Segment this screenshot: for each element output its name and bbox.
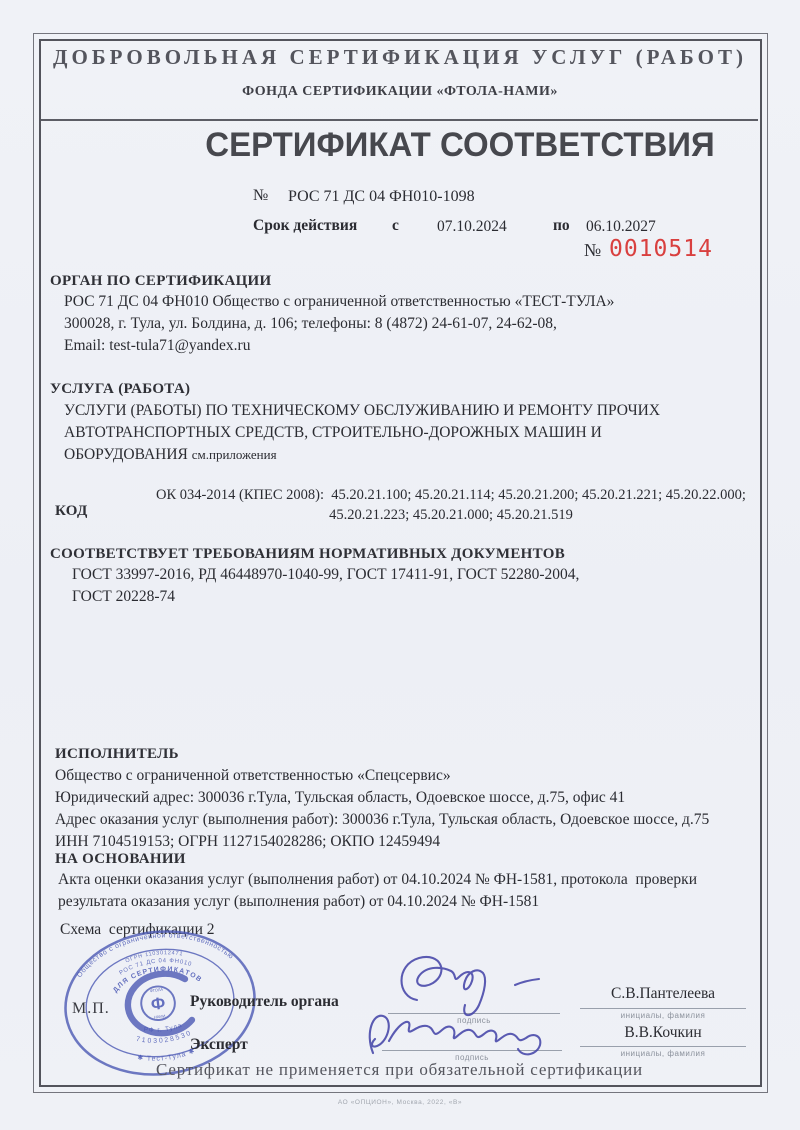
head-name-line	[580, 1008, 746, 1009]
blank-number-sign: №	[584, 240, 601, 261]
expert-label: Эксперт	[190, 1036, 248, 1054]
organ-line: РОС 71 ДС 04 ФН010 Общество с ограниченн…	[64, 291, 614, 313]
service-line: УСЛУГИ (РАБОТЫ) ПО ТЕХНИЧЕСКОМУ ОБСЛУЖИВ…	[64, 400, 660, 422]
certificate-title: СЕРТИФИКАТ СООТВЕТСТВИЯ	[159, 126, 760, 165]
code-line-1: ОК 034-2014 (КПЕС 2008): 45.20.21.100; 4…	[140, 487, 762, 504]
program-title: ДОБРОВОЛЬНАЯ СЕРТИФИКАЦИЯ УСЛУГ (РАБОТ)	[41, 45, 759, 70]
expert-name-caption: инициалы, фамилия	[580, 1049, 746, 1058]
validity-to-label: по	[553, 217, 570, 235]
service-line: ОБОРУДОВАНИЯ см.приложения	[64, 444, 660, 466]
head-name: С.В.Пантелеева	[582, 985, 744, 1003]
fund-subtitle: ФОНДА СЕРТИФИКАЦИИ «ФТОЛА-НАМИ»	[41, 84, 759, 100]
stamp-center-letter: Ф	[150, 993, 167, 1014]
expert-name-line	[580, 1046, 746, 1047]
standards-label: СООТВЕТСТВУЕТ ТРЕБОВАНИЯМ НОРМАТИВНЫХ ДО…	[50, 546, 565, 563]
blank-number-value: 0010514	[609, 236, 713, 262]
cert-number-sign: №	[253, 187, 268, 205]
head-of-body-label: Руководитель органа	[190, 993, 339, 1011]
basis-line: Акта оценки оказания услуг (выполнения р…	[58, 869, 697, 891]
organ-line: 300028, г. Тула, ул. Болдина, д. 106; те…	[64, 313, 614, 335]
standards-line: ГОСТ 33997-2016, РД 46448970-1040-99, ГО…	[72, 564, 579, 586]
validity-from-label: с	[392, 217, 399, 235]
validity-to-date: 06.10.2027	[586, 218, 656, 236]
code-line-2: 45.20.21.223; 45.20.21.000; 45.20.21.519	[140, 507, 762, 524]
executor-label: ИСПОЛНИТЕЛЬ	[55, 746, 179, 763]
basis-line: результата оказания услуг (выполнения ра…	[58, 891, 697, 913]
service-line: АВТОТРАНСПОРТНЫХ СРЕДСТВ, СТРОИТЕЛЬНО-ДО…	[64, 422, 660, 444]
executor-line: Общество с ограниченной ответственностью…	[55, 765, 709, 787]
service-note: см.приложения	[192, 447, 277, 462]
certificate-page: ДОБРОВОЛЬНАЯ СЕРТИФИКАЦИЯ УСЛУГ (РАБОТ) …	[0, 0, 800, 1130]
validity-from-date: 07.10.2024	[437, 218, 507, 236]
print-house-note: АО «ОПЦИОН», Москва, 2022, «В»	[0, 1099, 800, 1106]
cert-number-value: РОС 71 ДС 04 ФН010-1098	[288, 188, 475, 206]
organ-label: ОРГАН ПО СЕРТИФИКАЦИИ	[50, 273, 272, 290]
organ-line: Email: test-tula71@yandex.ru	[64, 335, 614, 357]
disclaimer-text: Сертификат не применяется при обязательн…	[41, 1060, 758, 1080]
service-line-text: ОБОРУДОВАНИЯ	[64, 446, 188, 463]
validity-label: Срок действия	[253, 217, 357, 235]
expert-name: В.В.Кочкин	[582, 1024, 744, 1042]
standards-line: ГОСТ 20228-74	[72, 586, 579, 608]
expert-signature-icon	[370, 1016, 541, 1055]
service-label: УСЛУГА (РАБОТА)	[50, 381, 190, 398]
head-signature-dash	[515, 979, 539, 985]
executor-line: ИНН 7104519153; ОГРН 1127154028286; ОКПО…	[55, 831, 709, 853]
code-label: КОД	[55, 503, 88, 520]
handwritten-signatures	[355, 945, 590, 1070]
header-divider	[41, 119, 758, 121]
basis-label: НА ОСНОВАНИИ	[55, 851, 186, 868]
head-name-caption: инициалы, фамилия	[580, 1011, 746, 1020]
stamp-logo-top: ФТОЛА	[150, 987, 164, 994]
head-signature-icon	[402, 957, 486, 1015]
executor-line: Адрес оказания услуг (выполнения работ):…	[55, 809, 709, 831]
executor-line: Юридический адрес: 300036 г.Тула, Тульск…	[55, 787, 709, 809]
